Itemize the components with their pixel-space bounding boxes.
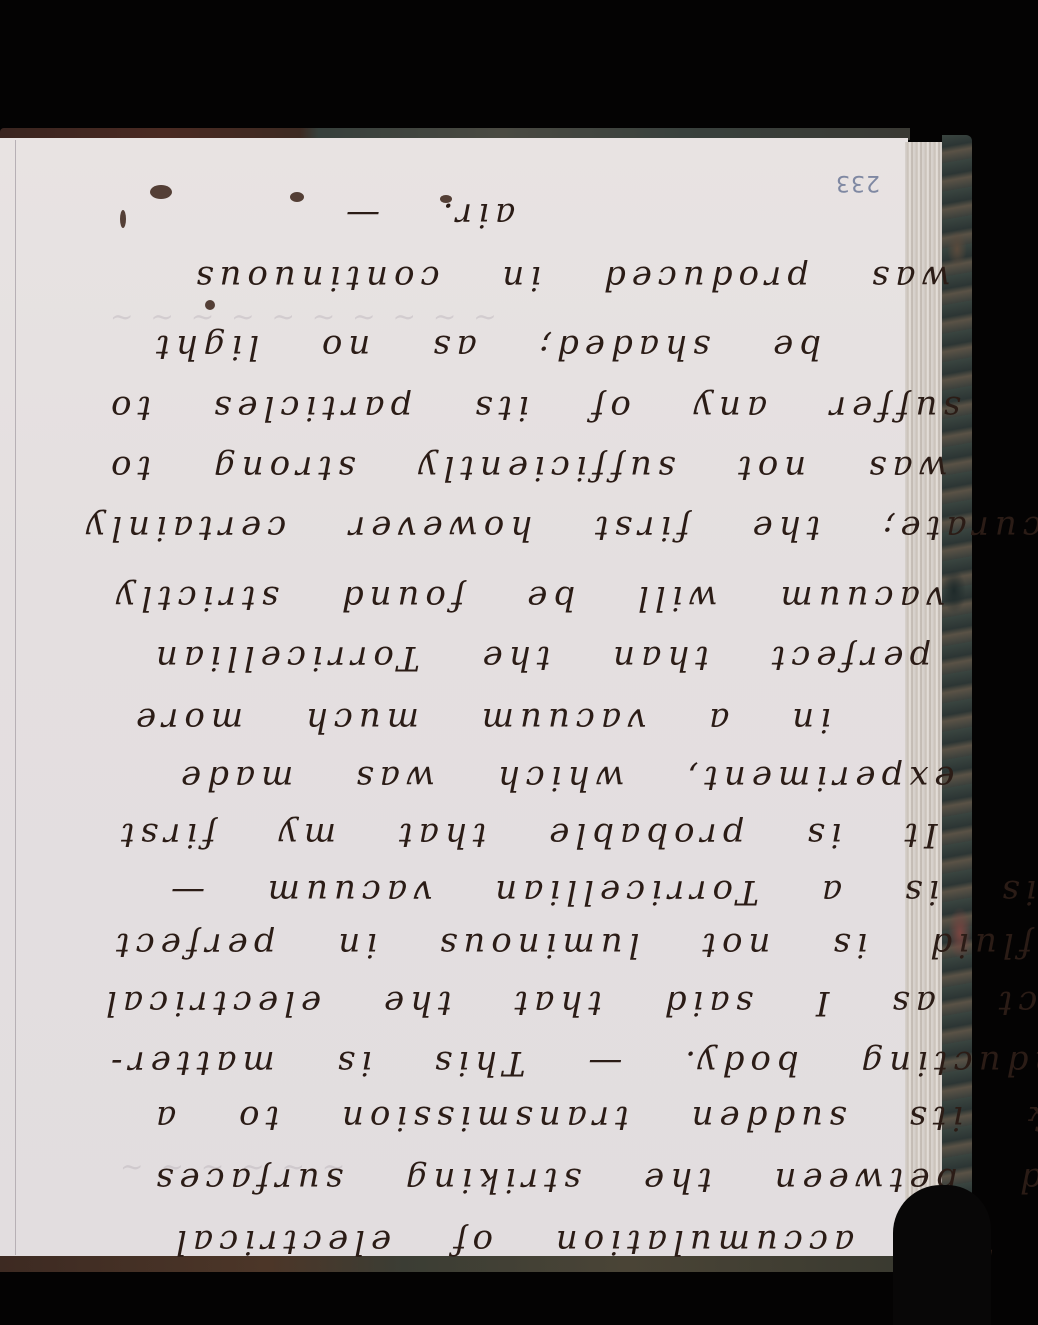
handwritten-line: vacuum will be found strictly — [110, 578, 945, 618]
handwritten-line: conducting body. — This is matter- — [105, 1043, 1038, 1083]
handwritten-line: fact as I said that the electrical — [100, 983, 1038, 1023]
handwritten-line: air. — — [340, 195, 515, 235]
handwritten-line: fluid between the striking surfaces — [150, 1160, 1038, 1200]
handwritten-line: perfect than the Torricellian — [150, 638, 931, 678]
handwritten-line: & its sudden transmission to a — [150, 1098, 1038, 1138]
handwritten-line: It is probable that my first — [115, 815, 938, 855]
handwritten-line: experiment, which was made — [175, 758, 955, 798]
handwritten-line: suffer any of its particles to — [105, 388, 961, 428]
black-page-weight — [893, 1185, 991, 1325]
handwritten-line: The accumulation of electrical — [170, 1222, 994, 1262]
ink-smudge — [150, 185, 172, 199]
handwritten-line: fluid is not luminous in perfect — [110, 925, 1032, 965]
ink-smudge — [205, 300, 215, 310]
handwritten-line: be shaded; as no light — [150, 327, 821, 367]
handwritten-line: was produced in continuous — [190, 258, 951, 298]
page-stack-edges — [905, 142, 943, 1252]
handwritten-line: (this is a Torricellian vacuum — — [165, 872, 1038, 912]
ink-smudge — [120, 210, 126, 228]
handwritten-line: was not sufficiently strong to — [105, 448, 948, 488]
margin-rule — [15, 140, 16, 1255]
ink-smudge — [290, 192, 304, 202]
handwritten-line: accurate; the first however certainly — [80, 508, 1038, 548]
page-number: 233 — [835, 170, 880, 195]
handwritten-line: in a vacuum much more — [130, 700, 831, 740]
